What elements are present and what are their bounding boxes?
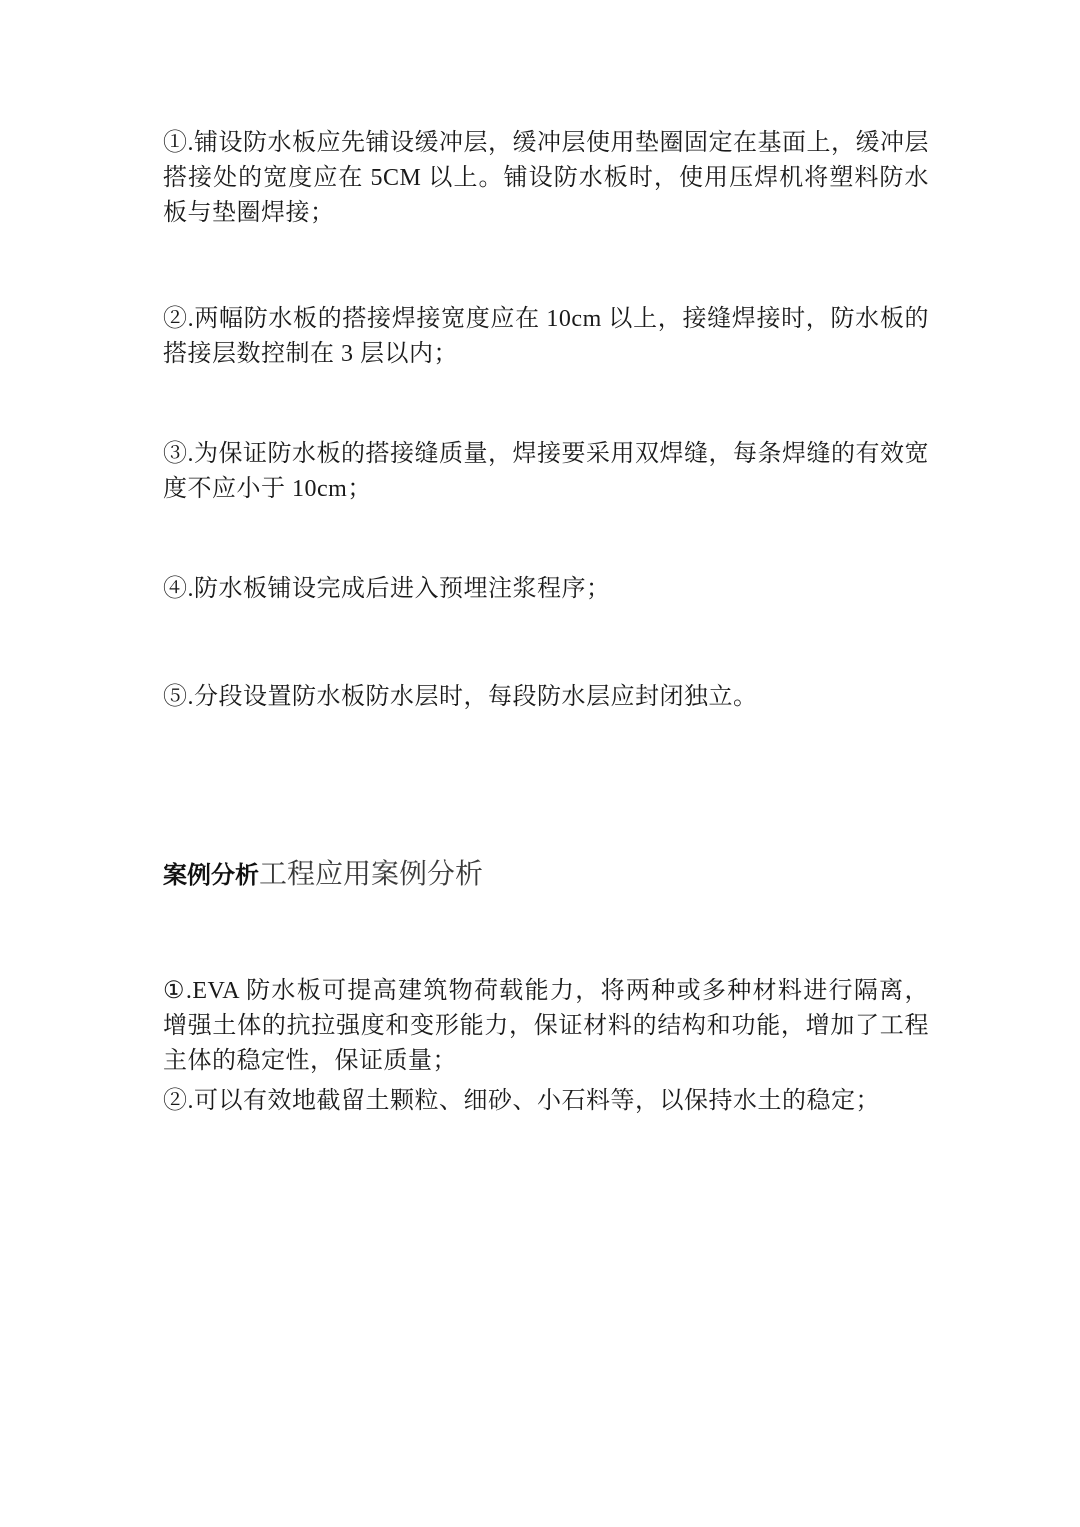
document-page: ①.铺设防水板应先铺设缓冲层，缓冲层使用垫圈固定在基面上，缓冲层搭接处的宽度应在… [0,0,1080,1527]
procedure-step-3: ③.为保证防水板的搭接缝质量，焊接要采用双焊缝，每条焊缝的有效宽度不应小于 10… [163,437,929,507]
procedure-step-1: ①.铺设防水板应先铺设缓冲层，缓冲层使用垫圈固定在基面上，缓冲层搭接处的宽度应在… [163,126,929,231]
case-analysis-item-1: ①.EVA 防水板可提高建筑物荷载能力，将两种或多种材料进行隔离，增强土体的抗拉… [163,974,929,1079]
document-content: ①.铺设防水板应先铺设缓冲层，缓冲层使用垫圈固定在基面上，缓冲层搭接处的宽度应在… [163,0,929,1119]
section-heading-prefix: 案例分析 [163,863,259,889]
procedure-step-2: ②.两幅防水板的搭接焊接宽度应在 10cm 以上，接缝焊接时，防水板的搭接层数控… [163,302,929,372]
section-heading: 案例分析工程应用案例分析 [163,853,929,897]
section-heading-title: 工程应用案例分析 [259,858,483,889]
case-analysis-item-2: ②.可以有效地截留土颗粒、细砂、小石料等，以保持水土的稳定； [163,1084,929,1119]
procedure-step-5: ⑤.分段设置防水板防水层时，每段防水层应封闭独立。 [163,680,929,715]
procedure-step-4: ④.防水板铺设完成后进入预埋注浆程序； [163,572,929,607]
